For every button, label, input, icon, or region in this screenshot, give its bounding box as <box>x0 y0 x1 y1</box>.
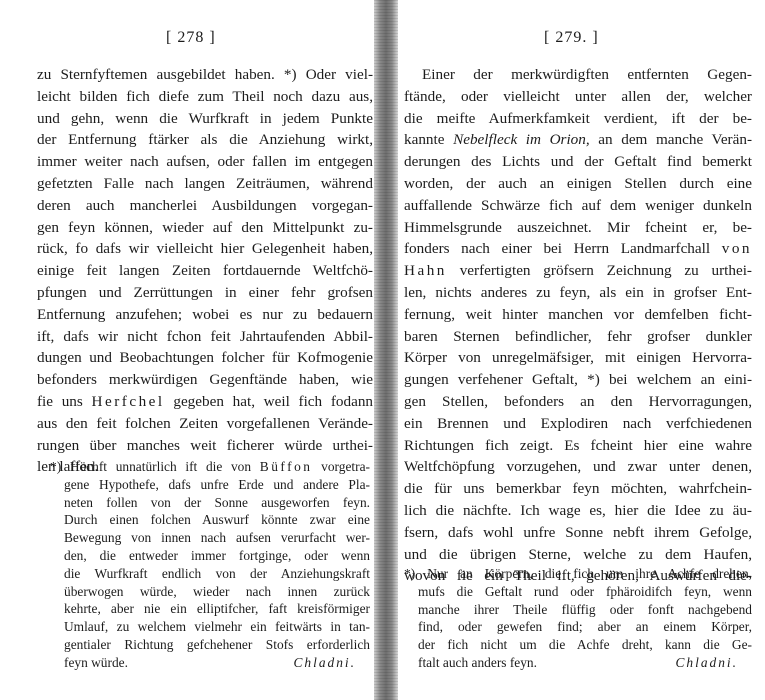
text-line: einige feit langen Zeiten fortdauernde W… <box>37 260 373 282</box>
text-line: kannte Nebelfleck im Orion, an dem manch… <box>404 129 752 151</box>
footnote-signature: Chladni. <box>675 654 738 672</box>
text-line: zu Sternfyftemen ausgebildet haben. *) O… <box>37 64 373 86</box>
text-line: gungen verfehener Geftalt, *) bei welche… <box>404 369 752 391</box>
footnote-line: find, oder gewefen find; aber an einem K… <box>418 618 752 636</box>
text-line: immer weiter nach aufsen, oder fallen im… <box>37 151 373 173</box>
text-fragment: gegeben hat, weil fich fodann <box>173 393 373 410</box>
text-line: fonders nach einer bei Herrn Landmarfcha… <box>404 238 752 260</box>
text-line: die meifte Aufmerkfamkeit verdient, ift … <box>404 108 752 130</box>
book-spread: [ 278 ] zu Sternfyftemen ausgebildet hab… <box>0 0 765 700</box>
footnote-line: manche ihrer Theile flüffig oder fonft n… <box>418 601 752 619</box>
footnote-line: neten follen von der Sonne ausgeworfen f… <box>64 494 370 512</box>
page-number-right: [ 279. ] <box>544 29 599 47</box>
text-fragment: vorgetra- <box>321 459 370 474</box>
text-line: deren auch mancherlei Ausbildungen vorge… <box>37 195 373 217</box>
text-line: gen Stellen, befonders an den Hervorragu… <box>404 391 752 413</box>
text-line: rück, fo dafs wir vielleicht hier Gelege… <box>37 238 373 260</box>
text-fragment: ftalt auch anders feyn. <box>418 655 537 670</box>
name-von: von <box>722 240 752 257</box>
text-line: gen feyn können, wieder auf den Mittelpu… <box>37 217 373 239</box>
page-number-left: [ 278 ] <box>166 29 216 47</box>
left-page-body: zu Sternfyftemen ausgebildet haben. *) O… <box>37 64 373 478</box>
footnote-line: gene Hypothefe, dafs unfre Erde und ande… <box>64 476 370 494</box>
footnote-line: Umlauf, zu welchem vielmehr ein feitwärt… <box>64 618 370 636</box>
text-line: Richtungen fich zeigt. Es fcheint hier e… <box>404 435 752 457</box>
text-line: ftände, oder vielleicht unter allen der,… <box>404 86 752 108</box>
text-line: fsern, dafs wohl unfre Sonne nebft ihrem… <box>404 522 752 544</box>
text-line: ein Brennen und Explodiren nach verfchie… <box>404 413 752 435</box>
text-fragment: fie uns <box>37 393 83 410</box>
text-line: lich die nächfte. Ich wage es, hier die … <box>404 500 752 522</box>
text-line: Weltfchöpfung vorzugehen, und zwar unter… <box>404 456 752 478</box>
right-footnote: *) Nur an Körpern, die fich um ihre Achf… <box>418 565 752 672</box>
text-fragment: *) Höchft unnatürlich ift die von <box>50 459 251 474</box>
text-fragment: kannte <box>404 131 444 148</box>
name-herschel: Herfchel <box>92 393 165 410</box>
left-footnote: *) Höchft unnatürlich ift die von Büffon… <box>64 458 370 672</box>
footnote-line: Durch einen folchen Auswurf könnte zwar … <box>64 511 370 529</box>
footnote-line: ftalt auch anders feyn. Chladni. <box>418 654 752 672</box>
footnote-line: die Wurfkraft endlich von der Anziehungs… <box>64 565 370 583</box>
text-line: und die übrigen Sterne, welche zu dem Ha… <box>404 544 752 566</box>
footnote-line: gentialer Richtung gefchehener Stofs erf… <box>64 636 370 654</box>
footnote-line: kehrte, aber nie ein elliptifcher, faft … <box>64 600 370 618</box>
text-line: der Entfernung ftärker als die Anziehung… <box>37 129 373 151</box>
text-fragment: feyn würde. <box>64 655 128 670</box>
footnote-line: überwogen würde, wieder nach innen zurüc… <box>64 583 370 601</box>
text-line: fie uns Herfchel gegeben hat, weil fich … <box>37 391 373 413</box>
footnote-line: Bewegung von innen nach aufsen verurfach… <box>64 529 370 547</box>
text-fragment: verfertigten gröfsern Zeichnung zu urthe… <box>460 262 752 279</box>
footnote-line: den, die entweder immer fortginge, oder … <box>64 547 370 565</box>
text-line: Himmelsgrunde auszeichnet. Mir fcheint e… <box>404 217 752 239</box>
text-line: dungen und Beobachtungen folcher für Kof… <box>37 347 373 369</box>
text-line: die für uns bemerkbar feyn möchten, wahr… <box>404 478 752 500</box>
name-buffon: Büffon <box>260 459 313 474</box>
right-page: [ 279. ] Einer der merkwürdigften entfer… <box>392 0 765 700</box>
footnote-line: *) Höchft unnatürlich ift die von Büffon… <box>50 458 370 476</box>
text-fragment: an dem manche Verän- <box>598 131 752 148</box>
emphasis-nebelfleck: Nebelfleck im Orion, <box>453 131 590 148</box>
left-page: [ 278 ] zu Sternfyftemen ausgebildet hab… <box>0 0 380 700</box>
text-fragment: fonders nach einer bei Herrn Landmarfcha… <box>404 240 710 257</box>
text-line: befonders merkwürdigen Gegenftände haben… <box>37 369 373 391</box>
text-line: leicht bilden fich diefe zum Theil noch … <box>37 86 373 108</box>
footnote-line: mufs die Geftalt rund oder fphäroidifch … <box>418 583 752 601</box>
text-line: len, nichts anderes zu feyn, als ein in … <box>404 282 752 304</box>
text-line: derungen des Lichts und der Geftalt find… <box>404 151 752 173</box>
footnote-signature: Chladni. <box>293 654 356 672</box>
text-line: und gehn, wenn die Wurfkraft in jedem Pu… <box>37 108 373 130</box>
text-line: Entfernung anzufehen; wobei es nur zu be… <box>37 304 373 326</box>
text-line: Einer der merkwürdigften entfernten Gege… <box>404 64 752 86</box>
text-line: rungen über manches weit ficherer würde … <box>37 435 373 457</box>
text-line: auffallende Schwärze fich auf dem wenige… <box>404 195 752 217</box>
footnote-line: feyn würde. Chladni. <box>64 654 370 672</box>
text-line: gefetzten Falle nach langen Zeiträumen, … <box>37 173 373 195</box>
text-line: Hahn verfertigten gröfsern Zeichnung zu … <box>404 260 752 282</box>
text-line: worden, der auch an einigen Stellen durc… <box>404 173 752 195</box>
text-line: fernung, weit hinter manchen vor demfelb… <box>404 304 752 326</box>
text-line: ift, dafs wir nicht fchon feit Jahrtaufe… <box>37 326 373 348</box>
text-line: baren Sternen befindlicher, fehr grofser… <box>404 326 752 348</box>
text-line: Körper von unregelmäfsiger, mit einigen … <box>404 347 752 369</box>
text-line: aus den feit folchen Zeiten vorgefallene… <box>37 413 373 435</box>
name-hahn: Hahn <box>404 262 447 279</box>
footnote-line: *) Nur an Körpern, die fich um ihre Achf… <box>404 565 752 583</box>
text-line: pfungen und Zerrüttungen in einer fehr g… <box>37 282 373 304</box>
footnote-line: der fich nicht um die Achfe dreht, kann … <box>418 636 752 654</box>
right-page-body: Einer der merkwürdigften entfernten Gege… <box>404 64 752 587</box>
